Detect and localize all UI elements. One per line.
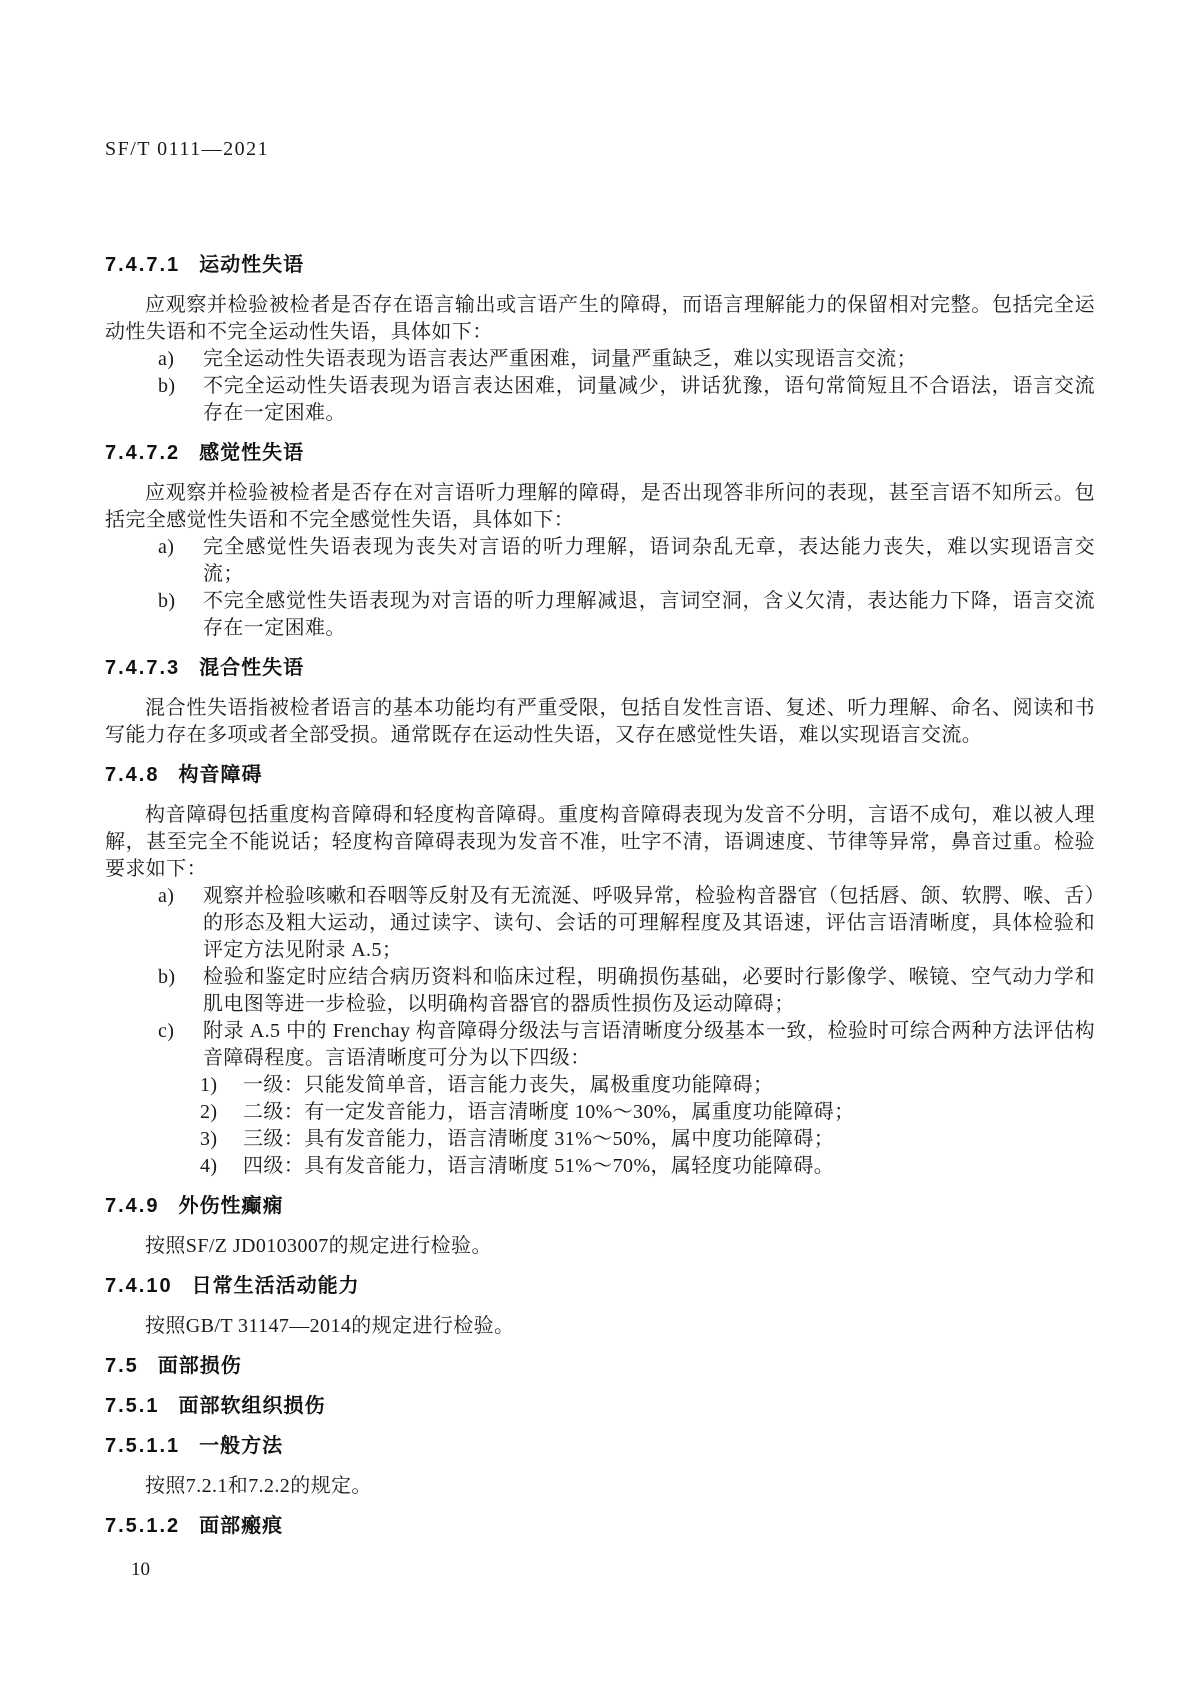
document-page: SF/T 0111—2021 7.4.7.1运动性失语应观察并检验被检者是否存在… xyxy=(0,0,1199,1696)
list-marker: a) xyxy=(158,883,174,910)
list-marker: c) xyxy=(158,1018,174,1045)
list-item: 3)三级：具有发音能力，语言清晰度 31%～50%，属中度功能障碍； xyxy=(200,1126,1095,1153)
list-marker: a) xyxy=(158,346,174,373)
list-item-text: 不完全运动性失语表现为语言表达困难，词量减少，讲话犹豫，语句常简短且不合语法，语… xyxy=(203,375,1095,424)
list-marker: b) xyxy=(158,373,175,400)
heading-title: 运动性失语 xyxy=(199,254,304,276)
list-item: a)完全运动性失语表现为语言表达严重困难，词量严重缺乏，难以实现语言交流； xyxy=(158,346,1095,373)
heading-number: 7.4.7.3 xyxy=(105,657,180,679)
list-item-text: 三级：具有发音能力，语言清晰度 31%～50%，属中度功能障碍； xyxy=(243,1128,834,1150)
paragraph: 应观察并检验被检者是否存在对言语听力理解的障碍，是否出现答非所问的表现，甚至言语… xyxy=(105,480,1095,534)
list-item-text: 四级：具有发音能力，语言清晰度 51%～70%，属轻度功能障碍。 xyxy=(243,1155,834,1177)
heading-number: 7.5 xyxy=(105,1355,139,1377)
heading-number: 7.4.10 xyxy=(105,1275,173,1297)
list-item: a)观察并检验咳嗽和吞咽等反射及有无流涎、呼吸异常，检验构音器官（包括唇、颌、软… xyxy=(158,883,1095,964)
section-heading: 7.4.7.3混合性失语 xyxy=(105,655,1095,682)
list-item-text: 检验和鉴定时应结合病历资料和临床过程，明确损伤基础，必要时行影像学、喉镜、空气动… xyxy=(203,966,1095,1015)
list-item-text: 完全感觉性失语表现为丧失对言语的听力理解，语词杂乱无章，表达能力丧失，难以实现语… xyxy=(203,536,1095,585)
list-item-text: 完全运动性失语表现为语言表达严重困难，词量严重缺乏，难以实现语言交流； xyxy=(203,348,917,370)
list-marker: b) xyxy=(158,588,175,615)
list-item-text: 附录 A.5 中的 Frenchay 构音障碍分级法与言语清晰度分级基本一致，检… xyxy=(203,1020,1095,1069)
page-number: 10 xyxy=(131,1556,150,1583)
section-heading: 7.4.7.1运动性失语 xyxy=(105,252,1095,279)
list-item: b)检验和鉴定时应结合病历资料和临床过程，明确损伤基础，必要时行影像学、喉镜、空… xyxy=(158,964,1095,1018)
heading-number: 7.4.9 xyxy=(105,1195,159,1217)
heading-number: 7.4.7.2 xyxy=(105,442,180,464)
list-item: b)不完全感觉性失语表现为对言语的听力理解减退，言词空洞，含义欠清，表达能力下降… xyxy=(158,588,1095,642)
section-heading: 7.5.1面部软组织损伤 xyxy=(105,1393,1095,1420)
list-marker: a) xyxy=(158,534,174,561)
heading-number: 7.4.8 xyxy=(105,764,159,786)
list-item-text: 一级：只能发简单音，语言能力丧失，属极重度功能障碍； xyxy=(243,1074,773,1096)
heading-title: 面部软组织损伤 xyxy=(178,1395,325,1417)
list-item-text: 二级：有一定发音能力，语言清晰度 10%～30%，属重度功能障碍； xyxy=(243,1101,855,1123)
paragraph: 构音障碍包括重度构音障碍和轻度构音障碍。重度构音障碍表现为发音不分明，言语不成句… xyxy=(105,802,1095,883)
heading-number: 7.4.7.1 xyxy=(105,254,180,276)
list: a)完全运动性失语表现为语言表达严重困难，词量严重缺乏，难以实现语言交流；b)不… xyxy=(158,346,1095,427)
heading-title: 一般方法 xyxy=(199,1435,283,1457)
list: a)观察并检验咳嗽和吞咽等反射及有无流涎、呼吸异常，检验构音器官（包括唇、颌、软… xyxy=(158,883,1095,1072)
section-heading: 7.5.1.1一般方法 xyxy=(105,1433,1095,1460)
list-item: 2)二级：有一定发音能力，语言清晰度 10%～30%，属重度功能障碍； xyxy=(200,1099,1095,1126)
section-heading: 7.4.10日常生活活动能力 xyxy=(105,1273,1095,1300)
heading-title: 日常生活活动能力 xyxy=(192,1275,360,1297)
list-marker: 3) xyxy=(200,1126,217,1153)
paragraph: 按照SF/Z JD0103007的规定进行检验。 xyxy=(105,1233,1095,1260)
list-item: 4)四级：具有发音能力，语言清晰度 51%～70%，属轻度功能障碍。 xyxy=(200,1153,1095,1180)
paragraph: 应观察并检验被检者是否存在语言输出或言语产生的障碍，而语言理解能力的保留相对完整… xyxy=(105,292,1095,346)
section-heading: 7.5面部损伤 xyxy=(105,1353,1095,1380)
heading-title: 面部瘢痕 xyxy=(199,1515,283,1537)
list-item: b)不完全运动性失语表现为语言表达困难，词量减少，讲话犹豫，语句常简短且不合语法… xyxy=(158,373,1095,427)
list-marker: b) xyxy=(158,964,175,991)
heading-title: 感觉性失语 xyxy=(199,442,304,464)
list-item-text: 观察并检验咳嗽和吞咽等反射及有无流涎、呼吸异常，检验构音器官（包括唇、颌、软腭、… xyxy=(203,885,1095,961)
list-item: a)完全感觉性失语表现为丧失对言语的听力理解，语词杂乱无章，表达能力丧失，难以实… xyxy=(158,534,1095,588)
doc-code: SF/T 0111—2021 xyxy=(105,136,269,163)
paragraph: 按照GB/T 31147—2014的规定进行检验。 xyxy=(105,1313,1095,1340)
paragraph: 按照7.2.1和7.2.2的规定。 xyxy=(105,1473,1095,1500)
heading-number: 7.5.1 xyxy=(105,1395,159,1417)
list-marker: 2) xyxy=(200,1099,217,1126)
list-marker: 1) xyxy=(200,1072,217,1099)
list-marker: 4) xyxy=(200,1153,217,1180)
heading-number: 7.5.1.1 xyxy=(105,1435,180,1457)
sublist: 1)一级：只能发简单音，语言能力丧失，属极重度功能障碍；2)二级：有一定发音能力… xyxy=(200,1072,1095,1180)
list-item: 1)一级：只能发简单音，语言能力丧失，属极重度功能障碍； xyxy=(200,1072,1095,1099)
heading-number: 7.5.1.2 xyxy=(105,1515,180,1537)
heading-title: 面部损伤 xyxy=(158,1355,242,1377)
document-content: 7.4.7.1运动性失语应观察并检验被检者是否存在语言输出或言语产生的障碍，而语… xyxy=(105,239,1095,1553)
heading-title: 外伤性癫痫 xyxy=(178,1195,283,1217)
list-item-text: 不完全感觉性失语表现为对言语的听力理解减退，言词空洞，含义欠清，表达能力下降，语… xyxy=(203,590,1095,639)
list-item: c)附录 A.5 中的 Frenchay 构音障碍分级法与言语清晰度分级基本一致… xyxy=(158,1018,1095,1072)
paragraph: 混合性失语指被检者语言的基本功能均有严重受限，包括自发性言语、复述、听力理解、命… xyxy=(105,695,1095,749)
section-heading: 7.4.9外伤性癫痫 xyxy=(105,1193,1095,1220)
list: a)完全感觉性失语表现为丧失对言语的听力理解，语词杂乱无章，表达能力丧失，难以实… xyxy=(158,534,1095,642)
heading-title: 混合性失语 xyxy=(199,657,304,679)
section-heading: 7.5.1.2面部瘢痕 xyxy=(105,1513,1095,1540)
section-heading: 7.4.8构音障碍 xyxy=(105,762,1095,789)
section-heading: 7.4.7.2感觉性失语 xyxy=(105,440,1095,467)
heading-title: 构音障碍 xyxy=(178,764,262,786)
